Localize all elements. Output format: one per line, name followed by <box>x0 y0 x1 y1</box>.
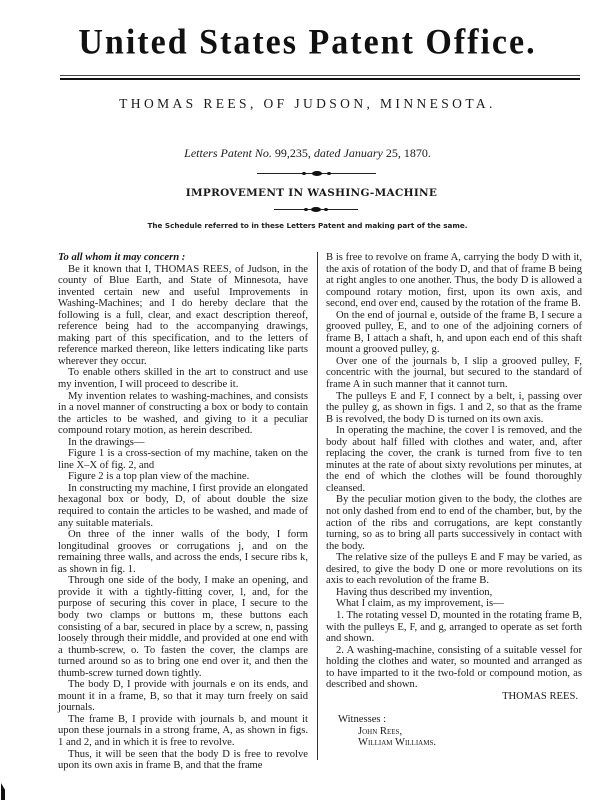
paragraph: The pulleys E and F, I connect by a belt… <box>326 391 582 426</box>
scan-artifact <box>1 783 5 800</box>
paragraph: Thus, it will be seen that the body D is… <box>58 749 308 772</box>
claim-intro: What I claim, as my improvement, is— <box>326 598 582 610</box>
rule-thick <box>60 78 580 80</box>
inventor-line: THOMAS REES, OF JUDSON, MINNESOTA. <box>0 96 615 112</box>
paragraph: To enable others skilled in the art to c… <box>58 367 308 390</box>
patent-date: 25, 1870. <box>386 146 431 160</box>
claim-1: 1. The rotating vessel D, mounted in the… <box>326 610 582 645</box>
paragraph: B is free to revolve on frame A, carryin… <box>326 252 582 310</box>
paragraph: The body D, I provide with journals e on… <box>58 679 308 714</box>
paragraph: Having thus described my invention, <box>326 587 582 599</box>
paragraph: On three of the inner walls of the body,… <box>58 529 308 575</box>
ornament-divider-icon <box>257 171 376 177</box>
salutation: To all whom it may concern : <box>58 252 308 264</box>
claim-2: 2. A washing-machine, consisting of a su… <box>326 645 582 691</box>
schedule-line: The Schedule referred to in these Letter… <box>0 221 615 230</box>
patent-page: United States Patent Office. THOMAS REES… <box>0 0 615 800</box>
paragraph: In the drawings— <box>58 437 308 449</box>
letters-patent-prefix: Letters Patent No. <box>184 146 272 160</box>
paragraph: The relative size of the pulleys E and F… <box>326 552 582 587</box>
inventor-signature: THOMAS REES. <box>326 691 582 703</box>
paragraph: Over one of the journals b, I slip a gro… <box>326 356 582 391</box>
paragraph: Through one side of the body, I make an … <box>58 575 308 679</box>
patent-number: 99,235, <box>275 146 311 160</box>
dated-label: dated January <box>314 146 383 160</box>
paragraph: In operating the machine, the cover l is… <box>326 425 582 494</box>
paragraph: By the peculiar motion given to the body… <box>326 494 582 552</box>
paragraph: Be it known that I, THOMAS REES, of Juds… <box>58 264 308 368</box>
rule-thin <box>60 75 580 76</box>
paragraph: Figure 1 is a cross-section of my machin… <box>58 448 308 471</box>
paragraph: On the end of journal e, outside of the … <box>326 310 582 356</box>
paragraph: In constructing my machine, I first prov… <box>58 483 308 529</box>
improvement-title: IMPROVEMENT IN WASHING-MACHINE <box>0 187 615 199</box>
column-divider <box>317 252 318 760</box>
witness-name: John Rees, <box>326 726 582 738</box>
header-double-rule <box>60 75 580 80</box>
paragraph: My invention relates to washing-machines… <box>58 391 308 437</box>
left-column: To all whom it may concern : Be it known… <box>58 252 308 772</box>
paragraph: Figure 2 is a top plan view of the machi… <box>58 471 308 483</box>
witnesses-label: Witnesses : <box>326 714 582 726</box>
witness-name: William Williams. <box>326 737 582 749</box>
ornament-divider-icon <box>274 207 358 213</box>
letters-patent-line: Letters Patent No. 99,235, dated January… <box>0 146 615 161</box>
right-column: B is free to revolve on frame A, carryin… <box>326 252 582 749</box>
office-title: United States Patent Office. <box>0 23 615 63</box>
paragraph: The frame B, I provide with journals b, … <box>58 714 308 749</box>
